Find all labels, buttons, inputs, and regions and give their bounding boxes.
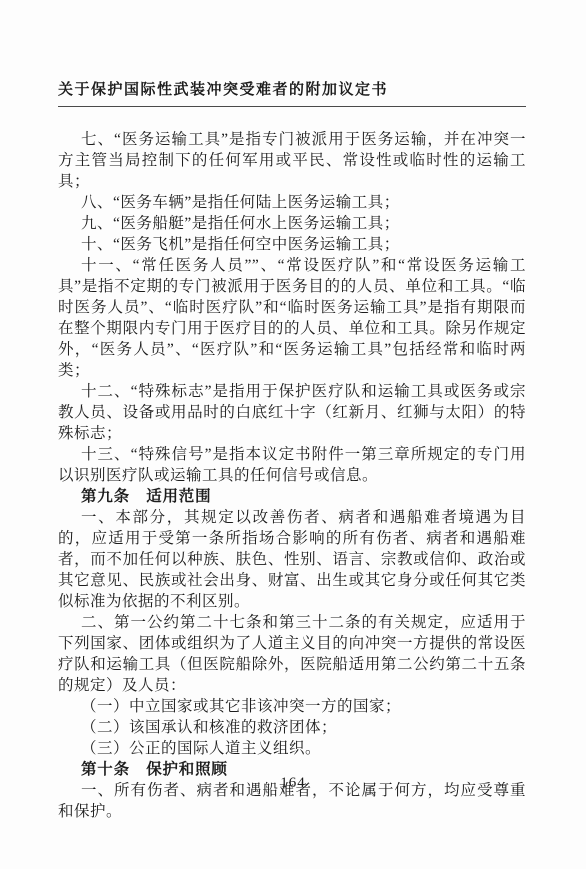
document-body: 七、“医务运输工具”是指专门被派用于医务运输，并在冲突一方主管当局控制下的任何军… [58,129,526,822]
paragraph-item-11: 十一、“常任医务人员””、“常设医疗队”和“常设医务运输工具”是指不定期的专门被… [58,255,526,381]
document-page: 关于保护国际性武装冲突受难者的附加议定书 七、“医务运输工具”是指专门被派用于医… [0,0,586,869]
page-header: 关于保护国际性武装冲突受难者的附加议定书 [58,82,526,107]
list-item-1: （一）中立国家或其它非该冲突一方的国家； [58,696,526,717]
paragraph-article9-1: 一、本部分，其规定以改善伤者、病者和遇船难者境遇为目的，应适用于受第一条所指场合… [58,507,526,612]
list-item-3: （三）公正的国际人道主义组织。 [58,738,526,759]
paragraph-item-13: 十三、“特殊信号”是指本议定书附件一第三章所规定的专门用以识别医疗队或运输工具的… [58,444,526,486]
paragraph-article9-2: 二、第一公约第二十七条和第三十二条的有关规定，应适用于下列国家、团体或组织为了人… [58,612,526,696]
page-number: 164 [0,775,586,792]
paragraph-item-12: 十二、“特殊标志”是指用于保护医疗队和运输工具或医务或宗教人员、设备或用品时的白… [58,381,526,444]
paragraph-item-7: 七、“医务运输工具”是指专门被派用于医务运输，并在冲突一方主管当局控制下的任何军… [58,129,526,192]
list-item-2: （二）该国承认和核准的救济团体； [58,717,526,738]
paragraph-item-8: 八、“医务车辆”是指任何陆上医务运输工具； [58,192,526,213]
paragraph-item-9: 九、“医务船艇”是指任何水上医务运输工具； [58,213,526,234]
paragraph-item-10: 十、“医务飞机”是指任何空中医务运输工具； [58,234,526,255]
header-rule [58,106,526,107]
running-header-title: 关于保护国际性武装冲突受难者的附加议定书 [58,82,526,98]
article-9-heading: 第九条 适用范围 [58,486,526,507]
